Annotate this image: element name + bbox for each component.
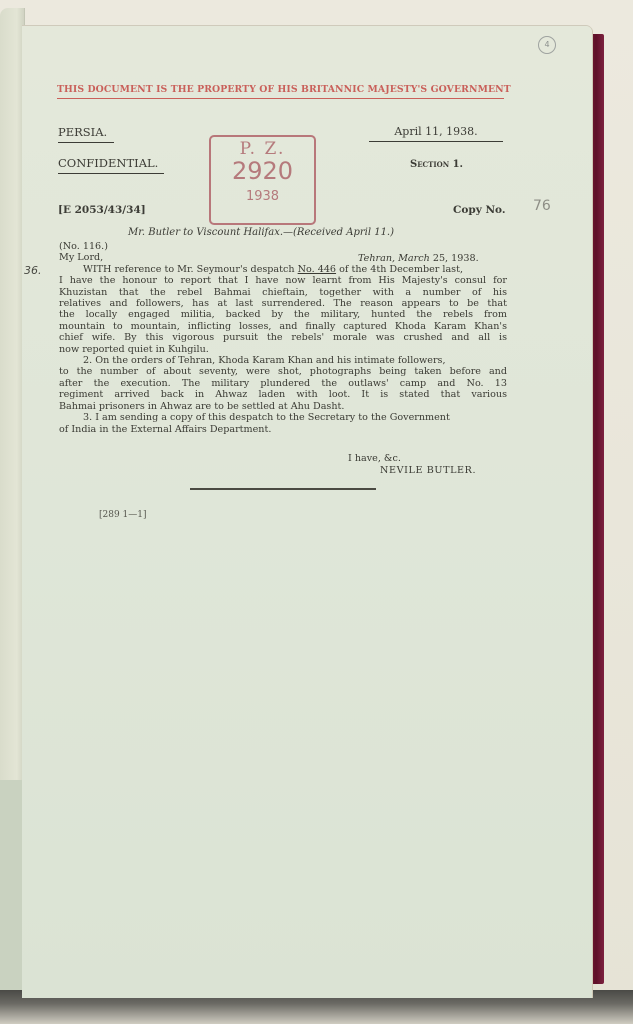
- paragraph-line: of India in the External Affairs Departm…: [59, 424, 507, 435]
- paragraph-line: chief wife. By this vigorous pursuit the…: [59, 332, 507, 343]
- property-notice: THIS DOCUMENT IS THE PROPERTY OF HIS BRI…: [57, 84, 504, 99]
- margin-annotation: 36.: [24, 264, 42, 277]
- copy-label: Copy No.: [453, 204, 506, 216]
- copy-number-handwritten: 76: [533, 198, 551, 214]
- paragraph-line: Khuzistan that the rebel Bahmai chieftai…: [59, 287, 507, 298]
- closing: I have, &c.: [348, 453, 401, 464]
- despatch-body: (No. 116.) My Lord, WITH reference to Mr…: [59, 241, 507, 435]
- despatch-number: (No. 116.): [59, 241, 507, 252]
- stamp-year: 1938: [211, 189, 314, 204]
- paragraph-line: to the number of about seventy, were sho…: [59, 366, 507, 377]
- end-rule: [190, 488, 376, 490]
- folio-number-circle: 4: [538, 36, 556, 54]
- facing-page-lower-tab: [0, 780, 24, 1000]
- paragraph-line: now reported quiet in Kuhgilu.: [59, 344, 507, 355]
- paragraph-1: WITH reference to Mr. Seymour's despatch…: [59, 264, 507, 355]
- stamp-pz: P. Z.: [211, 139, 314, 159]
- stamp-number: 2920: [211, 157, 314, 185]
- paragraph-line: relatives and followers, has at last sur…: [59, 298, 507, 309]
- registry-stamp: P. Z. 2920 1938: [209, 135, 316, 225]
- paragraph-line: I have the honour to report that I have …: [59, 275, 507, 286]
- paragraph-3: 3. I am sending a copy of this despatch …: [59, 412, 507, 435]
- signature: NEVILE BUTLER.: [380, 465, 476, 476]
- classification-heading: CONFIDENTIAL.: [58, 156, 164, 174]
- paragraph-line: 3. I am sending a copy of this despatch …: [59, 412, 507, 423]
- paragraph-line: Bahmai prisoners in Ahwaz are to be sett…: [59, 401, 507, 412]
- paragraph-2: 2. On the orders of Tehran, Khoda Karam …: [59, 355, 507, 412]
- document-date: April 11, 1938.: [369, 125, 503, 142]
- despatch-ref-underlined: No. 446: [298, 264, 336, 275]
- paragraph-line: the locally engaged militia, backed by t…: [59, 309, 507, 320]
- country-heading: PERSIA.: [58, 125, 114, 143]
- salutation: My Lord,: [59, 252, 507, 263]
- paragraph-line: WITH reference to Mr. Seymour's despatch…: [59, 264, 507, 275]
- section-label: Section 1.: [410, 159, 463, 170]
- paragraph-line: regiment arrived back in Ahwaz laden wit…: [59, 389, 507, 400]
- file-reference: [E 2053/43/34]: [58, 204, 146, 216]
- paragraph-line: after the execution. The military plunde…: [59, 378, 507, 389]
- addressee-line: Mr. Butler to Viscount Halifax.—(Receive…: [128, 227, 394, 238]
- paragraph-line: mountain to mountain, inflicting losses,…: [59, 321, 507, 332]
- print-reference: [289 1—1]: [99, 510, 147, 520]
- paragraph-line: 2. On the orders of Tehran, Khoda Karam …: [59, 355, 507, 366]
